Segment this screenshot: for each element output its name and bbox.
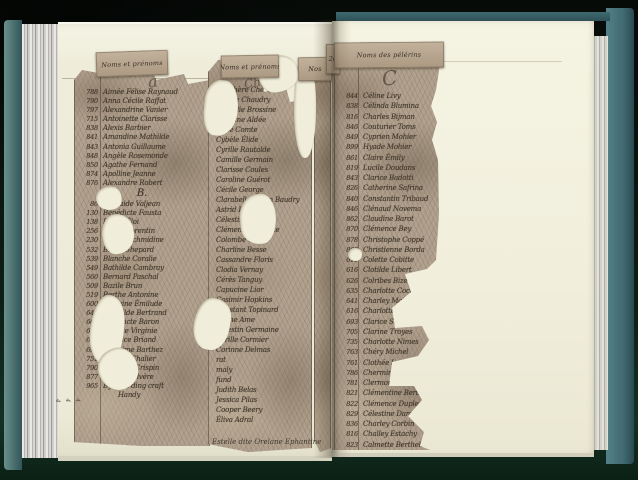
- register-row: 790 Blandine Crispin: [76, 364, 208, 373]
- entry-number: 846: [336, 205, 363, 213]
- entry-number: 816: [336, 113, 363, 121]
- entry-name: Capucine Lior: [216, 286, 263, 294]
- register-row: 877 Bellone Silvère: [76, 373, 208, 382]
- entry-number: 790: [76, 97, 103, 105]
- entry-number: 130: [76, 209, 103, 217]
- entry-name: Bathilde Cambray: [103, 264, 164, 272]
- entry-name: Charlotte Nimes: [363, 338, 419, 346]
- entry-name: Claudine Barot: [363, 215, 414, 223]
- column2-header-label: Noms et prénoms: [221, 62, 279, 71]
- register-row: 878 Christophe Coppé: [336, 236, 442, 246]
- register-row: 843 Clarice Badotti: [336, 174, 442, 184]
- register-row: 843 Antonia Guillaume: [76, 143, 208, 152]
- entry-name: Cybèle Élide: [216, 136, 258, 144]
- entry-name: Éliva Adral: [216, 416, 253, 424]
- entry-name: Alexandrine Vanier: [103, 106, 167, 114]
- column2-footer: Estelle dite Orelane Ephantine: [212, 438, 321, 446]
- entry-number: 616: [336, 266, 363, 274]
- register-row: fund: [210, 376, 312, 386]
- entry-name: maly: [216, 366, 232, 374]
- entry-name: Cécile George: [216, 186, 264, 194]
- entry-name: Cérès Tanguy: [216, 276, 262, 284]
- register-row: Corinne Delmas: [210, 346, 312, 356]
- entry-number: 519: [76, 291, 103, 299]
- entry-name: rat: [216, 356, 226, 364]
- register-column-1: 788 Aimée Félise Raynaud 790 Anna Cécile…: [74, 64, 210, 446]
- entry-number: 823: [336, 441, 363, 449]
- register-row: 870 Clémence Bey: [336, 225, 442, 235]
- right-header-tab: Noms des pélérins: [334, 42, 444, 69]
- register-row: 549 Bathilde Cambray: [76, 264, 208, 273]
- entry-name: Cyprien Mohier: [363, 133, 416, 141]
- register-row: 846 Clénaud Novema: [336, 205, 442, 215]
- entry-name: Clotilde Libert: [363, 266, 412, 274]
- register-row: 965 Byrne à ding craft: [76, 382, 208, 391]
- entry-name: Antoinette Clarisse: [103, 115, 167, 123]
- entry-number: 844: [336, 92, 363, 100]
- entry-name: Angèle Rosemonde: [103, 152, 168, 160]
- register-row: 509 Bazile Brun: [76, 282, 208, 291]
- register-row: Cyrille Rautalde: [210, 146, 312, 156]
- register-row: Charline Besse: [210, 246, 312, 256]
- register-row: 874 Apolline Jeanne: [76, 170, 208, 179]
- entry-name: Calmette Berthelan: [363, 441, 429, 449]
- entry-number: 560: [76, 273, 103, 281]
- entry-name: Jessica Pilas: [216, 396, 257, 404]
- register-row: 844 Céline Livy: [336, 92, 442, 102]
- register-row: 715 Antoinette Clarisse: [76, 115, 208, 124]
- register-row: Jessica Pilas: [210, 396, 312, 406]
- entry-number: 797: [76, 106, 103, 114]
- entry-number: 899: [336, 143, 363, 151]
- column1-margin-marks: 4 4 4: [52, 398, 82, 409]
- entry-number: 819: [336, 164, 363, 172]
- register-row: Caroline Guérot: [210, 176, 312, 186]
- entry-number: 862: [336, 215, 363, 223]
- entry-name: Constantin Tribaud: [363, 195, 428, 203]
- edge-strip-right-rule: [330, 62, 331, 452]
- entry-name: Christienne Borda: [363, 246, 425, 254]
- register-row: 130 Bénédicte Fausta: [76, 209, 208, 218]
- entry-name: Christophe Coppé: [363, 236, 424, 244]
- entry-number: 838: [76, 124, 103, 132]
- entry-number: 641: [336, 297, 363, 305]
- entry-number: 532: [76, 246, 103, 254]
- entry-number: 781: [336, 379, 363, 387]
- entry-number: 763: [336, 348, 363, 356]
- register-row: 532 Basile Shepard: [76, 246, 208, 255]
- register-column-edge-remnant: [314, 62, 331, 452]
- book-cover-right-edge: [606, 8, 634, 464]
- entry-number: 850: [76, 161, 103, 169]
- entry-number: 843: [336, 174, 363, 182]
- register-row: 539 Blanche Coralie: [76, 255, 208, 264]
- entry-number: 822: [336, 400, 363, 408]
- entry-name: Charles Bijman: [363, 113, 415, 121]
- entry-name: Cooper Beery: [216, 406, 262, 414]
- entry-number: 840: [336, 195, 363, 203]
- entry-number: 715: [76, 115, 103, 123]
- entry-number: 256: [76, 227, 103, 235]
- book-cover-left-edge: [4, 20, 22, 470]
- register-row: 850 Agathe Fernand: [76, 161, 208, 170]
- register-row: 816 Charles Bijman: [336, 113, 442, 123]
- entry-name: Clarine Troyes: [363, 328, 412, 336]
- book-cover-top-edge: [336, 12, 610, 21]
- entry-name: Apolline Jeanne: [103, 170, 156, 178]
- register-row: 788 Aimée Félise Raynaud: [76, 88, 208, 97]
- entry-number: 786: [336, 369, 363, 377]
- register-row: 849 Cyprien Mohier: [336, 133, 442, 143]
- entry-name: Anna Cécile Raffat: [103, 97, 166, 105]
- entry-name: Clémence Bey: [363, 225, 411, 233]
- register-row: 790 Anna Cécile Raffat: [76, 97, 208, 106]
- register-row: 819 Lucile Doudans: [336, 164, 442, 174]
- entry-name: Chéry Michel: [363, 348, 408, 356]
- entry-name: Antonia Guillaume: [103, 143, 166, 151]
- register-row: 846 Couturier Toms: [336, 123, 442, 133]
- entry-number: 788: [76, 88, 103, 96]
- entry-name: Colribes Bize: [363, 277, 407, 285]
- entry-name: Alexis Barbier: [103, 124, 151, 132]
- entry-name: Camille Germain: [216, 156, 273, 164]
- entry-number: 829: [336, 410, 363, 418]
- register-row: Judith Belas: [210, 386, 312, 396]
- register-row: rat: [210, 356, 312, 366]
- entry-name: Lucile Doudans: [363, 164, 415, 172]
- entry-number: 626: [336, 277, 363, 285]
- right-column-left-rule: [334, 64, 335, 450]
- entry-number: 761: [336, 359, 363, 367]
- entry-name: Célinda Blumina: [363, 102, 419, 110]
- column1-header-tab: Noms et prénoms: [96, 50, 169, 77]
- entry-number: 878: [336, 236, 363, 244]
- entry-name: Challey Estachy: [363, 430, 417, 438]
- entry-name: fund: [216, 376, 231, 384]
- entry-name: Clodia Vernay: [216, 266, 263, 274]
- entry-number: 705: [336, 328, 363, 336]
- entry-name: Bazile Brun: [103, 282, 142, 290]
- entry-name: Caroline Guérot: [216, 176, 270, 184]
- entry-name: Amandine Mathilde: [103, 133, 169, 141]
- entry-number: 876: [76, 179, 103, 187]
- entry-name: Bernard Paschal: [103, 273, 158, 281]
- entry-name: Cyrille Rautalde: [216, 146, 271, 154]
- entry-name: Aimée Félise Raynaud: [103, 88, 178, 96]
- entry-number: 836: [336, 420, 363, 428]
- torn-hole: [348, 248, 362, 261]
- right-column-flourish: C: [381, 65, 399, 90]
- entry-name: Charline Besse: [216, 246, 267, 254]
- register-row: 138 Bilitys Éloi: [76, 218, 208, 227]
- register-row: 840 Constantin Tribaud: [336, 195, 442, 205]
- register-row: 861 Claire Émily: [336, 154, 442, 164]
- entry-name: Colette Cobitte: [363, 256, 414, 264]
- register-row: 848 Angèle Rosemonde: [76, 152, 208, 161]
- register-row: Clodia Vernay: [210, 266, 312, 276]
- column2-header-tab: Noms et prénoms: [221, 54, 279, 78]
- entry-name: Charley Corbin: [363, 420, 414, 428]
- entry-number: 841: [76, 133, 103, 141]
- page-stack-left: [22, 24, 59, 458]
- edge-header-label: Nos: [308, 65, 322, 73]
- book-scan-photo: 788 Aimée Félise Raynaud 790 Anna Cécile…: [0, 0, 638, 480]
- left-page-bottom-edge: [58, 456, 332, 461]
- register-row: Éliva Adral: [210, 416, 312, 426]
- entry-number: 693: [336, 318, 363, 326]
- register-row: 862 Claudine Barot: [336, 215, 442, 225]
- entry-number: 735: [336, 338, 363, 346]
- entry-number: 861: [336, 154, 363, 162]
- entry-number: 826: [336, 184, 363, 192]
- entry-name: Clénaud Novema: [363, 205, 421, 213]
- entry-number: 846: [336, 123, 363, 131]
- register-row: Clarisse Coules: [210, 166, 312, 176]
- right-header-label: Noms des pélérins: [357, 51, 422, 60]
- register-row: 876 Alexandre Robert: [76, 179, 208, 188]
- entry-number: 870: [336, 225, 363, 233]
- entry-number: 816: [336, 430, 363, 438]
- entry-number: 821: [336, 389, 363, 397]
- column1-footer: Handy: [76, 391, 208, 399]
- entry-number: 616: [336, 307, 363, 315]
- entry-name: Clarisse Coules: [216, 166, 268, 174]
- column1-header-label: Noms et prénoms: [101, 58, 163, 68]
- register-row: maly: [210, 366, 312, 376]
- entry-name: Cassandre Floris: [216, 256, 273, 264]
- entry-number: 230: [76, 236, 103, 244]
- entry-number: 843: [76, 143, 103, 151]
- register-row: Capucine Lior: [210, 286, 312, 296]
- entry-name: Agathe Fernand: [103, 161, 157, 169]
- register-row: 519 Berthe Antonine: [76, 291, 208, 300]
- entry-name: Claire Émily: [363, 154, 405, 162]
- entry-number: 849: [336, 133, 363, 141]
- column1-section-a-rows: 788 Aimée Félise Raynaud 790 Anna Cécile…: [76, 88, 208, 188]
- entry-name: Corinne Delmas: [216, 346, 270, 354]
- register-row: 826 Catherine Safrina: [336, 184, 442, 194]
- register-row: Cooper Beery: [210, 406, 312, 416]
- entry-name: Clarice Badotti: [363, 174, 414, 182]
- register-row: Camille Germain: [210, 156, 312, 166]
- entry-number: 138: [76, 218, 103, 226]
- entry-number: 965: [76, 382, 103, 390]
- entry-number: 848: [76, 152, 103, 160]
- entry-name: Céline Livy: [363, 92, 400, 100]
- column1-left-rule: [74, 64, 75, 446]
- register-row: 838 Célinda Blumina: [336, 102, 442, 112]
- entry-number: 539: [76, 255, 103, 263]
- column1-section-b-rows: 86 Bernaide Valjean 130 Bénédicte Fausta…: [76, 200, 208, 391]
- entry-name: Blanche Coralie: [103, 255, 157, 263]
- register-row: 841 Amandine Mathilde: [76, 133, 208, 142]
- entry-name: Couturier Toms: [363, 123, 415, 131]
- register-row: Cérès Tanguy: [210, 276, 312, 286]
- entry-number: 635: [336, 287, 363, 295]
- right-page-bottom-edge: [332, 453, 594, 457]
- register-row: 797 Alexandrine Vanier: [76, 106, 208, 115]
- register-row: 230 Berthe Schmidine: [76, 236, 208, 245]
- entry-number: 549: [76, 264, 103, 272]
- entry-number: 838: [336, 102, 363, 110]
- entry-number: 874: [76, 170, 103, 178]
- entry-name: Catherine Safrina: [363, 184, 423, 192]
- entry-number: 509: [76, 282, 103, 290]
- entry-name: Hyade Mohier: [363, 143, 411, 151]
- entry-name: Judith Belas: [216, 386, 256, 394]
- register-row: 560 Bernard Paschal: [76, 273, 208, 282]
- page-stack-right: [592, 36, 608, 450]
- register-row: 899 Hyade Mohier: [336, 143, 442, 153]
- register-row: Cassandre Floris: [210, 256, 312, 266]
